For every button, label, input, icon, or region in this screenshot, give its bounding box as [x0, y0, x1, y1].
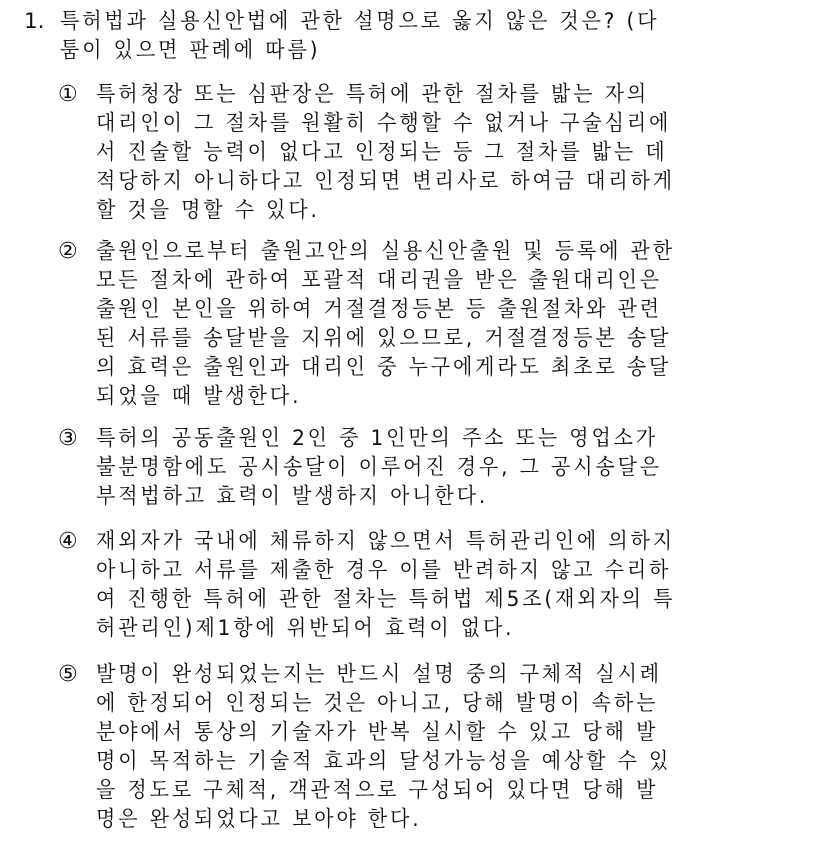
- option-line: 명이 목적하는 기술적 효과의 달성가능성을 예상할 수 있: [96, 747, 671, 776]
- option-line: 부적법하고 효력이 발생하지 아니한다.: [96, 482, 488, 511]
- option-line: 허관리인)제1항에 위반되어 효력이 없다.: [96, 614, 514, 643]
- option-line: 되었을 때 발생한다.: [96, 382, 301, 411]
- option-marker: ③: [58, 424, 78, 453]
- option-line: 불분명함에도 공시송달이 이루어진 경우, 그 공시송달은: [96, 453, 662, 482]
- option-line: 적당하지 아니하다고 인정되면 변리사로 하여금 대리하게: [96, 167, 675, 196]
- option-line: 대리인이 그 절차를 원활히 수행할 수 없거나 구술심리에: [96, 109, 671, 138]
- option-marker: ⑤: [58, 660, 78, 689]
- question-number: 1.: [24, 7, 45, 36]
- option-line: 의 효력은 출원인과 대리인 중 누구에게라도 최초로 송달: [96, 353, 671, 382]
- option-line: 출원인 본인을 위하여 거절결정등본 등 출원절차와 관련: [96, 295, 662, 324]
- option-line: 아니하고 서류를 제출한 경우 이를 반려하지 않고 수리하: [96, 556, 671, 585]
- option-line: 재외자가 국내에 체류하지 않으면서 특허관리인에 의하지: [96, 527, 675, 556]
- option-line: 에 한정되어 인정되는 것은 아니고, 당해 발명이 속하는: [96, 689, 658, 718]
- option-line: 서 진술할 능력이 없다고 인정되는 등 그 절차를 밟는 데: [96, 138, 668, 167]
- option-line: 된 서류를 송달받을 지위에 있으므로, 거절결정등본 송달: [96, 324, 671, 353]
- option-marker: ②: [58, 237, 78, 266]
- option-line: 을 정도로 구체적, 객관적으로 구성되어 있다면 당해 발: [96, 776, 658, 805]
- option-line: 특허의 공동출원인 2인 중 1인만의 주소 또는 영업소가: [96, 424, 658, 453]
- option-line: 특허청장 또는 심판장은 특허에 관한 절차를 밟는 자의: [96, 80, 649, 109]
- option-marker: ④: [58, 527, 78, 556]
- option-line: 발명이 완성되었는지는 반드시 설명 중의 구체적 실시례: [96, 660, 662, 689]
- option-line: 분야에서 통상의 기술자가 반복 실시할 수 있고 당해 발: [96, 718, 658, 747]
- question-line: 특허법과 실용신안법에 관한 설명으로 옳지 않은 것은? (다: [60, 7, 659, 36]
- option-line: 출원인으로부터 출원고안의 실용신안출원 및 등록에 관한: [96, 237, 675, 266]
- option-line: 모든 절차에 관하여 포괄적 대리권을 받은 출원대리인은: [96, 266, 662, 295]
- option-line: 여 진행한 특허에 관한 절차는 특허법 제5조(재외자의 특: [96, 585, 675, 614]
- option-line: 할 것을 명할 수 있다.: [96, 196, 320, 225]
- option-line: 명은 완성되었다고 보아야 한다.: [96, 805, 422, 834]
- option-marker: ①: [58, 80, 78, 109]
- question-line: 툼이 있으면 판례에 따름): [60, 36, 320, 65]
